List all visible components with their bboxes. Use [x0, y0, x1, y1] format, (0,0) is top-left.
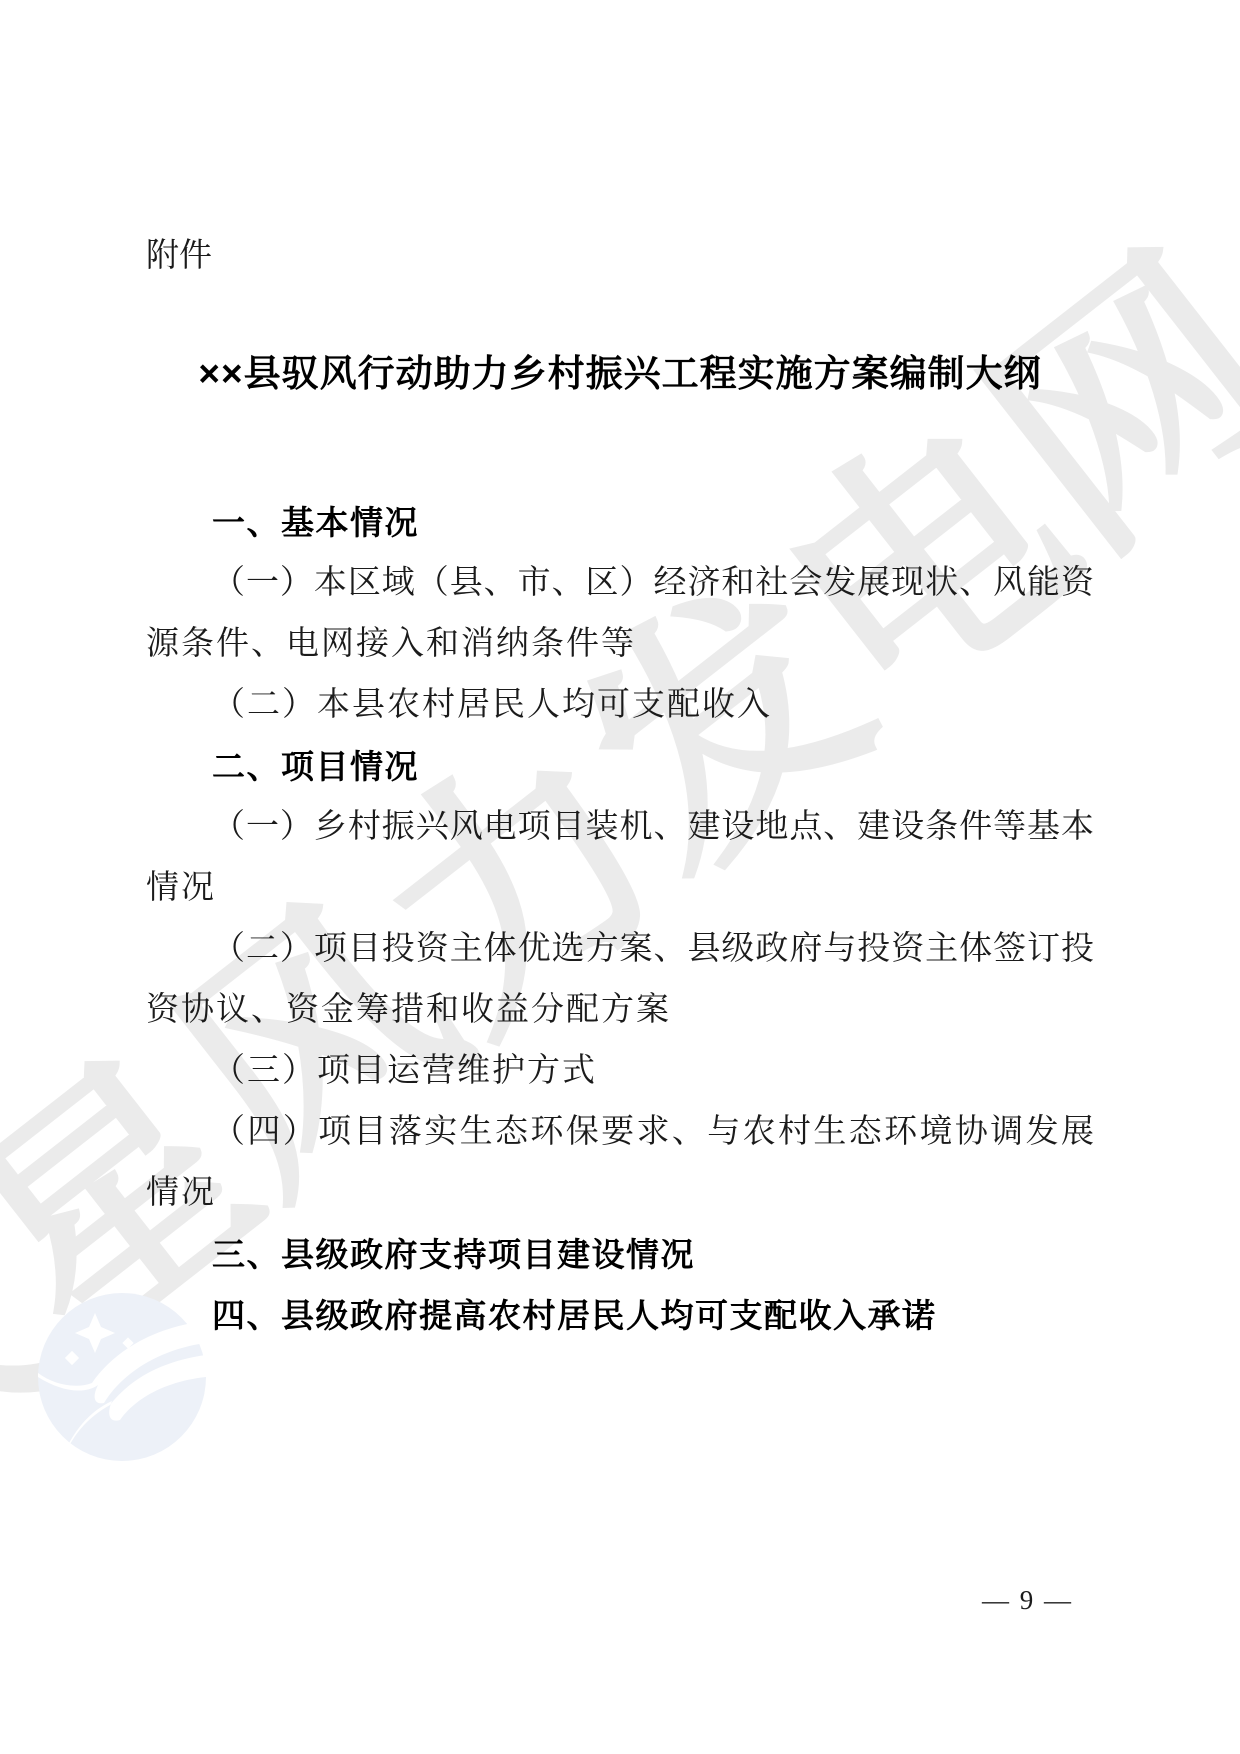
attachment-label: 附件 [146, 238, 212, 274]
outline-line: （一）乡村振兴风电项目装机、建设地点、建设条件等基本 [146, 797, 1094, 858]
outline-line: 四、县级政府提高农村居民人均可支配收入承诺 [146, 1285, 1094, 1346]
outline-line: （二）项目投资主体优选方案、县级政府与投资主体签订投 [146, 919, 1094, 980]
outline-line: 源条件、电网接入和消纳条件等 [146, 614, 1094, 675]
outline-line: （四）项目落实生态环保要求、与农村生态环境协调发展 [146, 1102, 1094, 1163]
page-title: ××县驭风行动助力乡村振兴工程实施方案编制大纲 [100, 350, 1140, 398]
outline-line: 三、县级政府支持项目建设情况 [146, 1224, 1094, 1285]
page-number: — 9 — [982, 1585, 1073, 1616]
outline-line: 一、基本情况 [146, 492, 1094, 553]
outline-line: 二、项目情况 [146, 736, 1094, 797]
outline-line: 情况 [146, 858, 1094, 919]
document-content: 附件 ××县驭风行动助力乡村振兴工程实施方案编制大纲 一、基本情况（一）本区域（… [0, 0, 1240, 1754]
outline-line: （二）本县农村居民人均可支配收入 [146, 675, 1094, 736]
outline-line: （一）本区域（县、市、区）经济和社会发展现状、风能资 [146, 553, 1094, 614]
outline-line: 资协议、资金筹措和收益分配方案 [146, 980, 1094, 1041]
outline-line: 情况 [146, 1163, 1094, 1224]
outline: 一、基本情况（一）本区域（县、市、区）经济和社会发展现状、风能资源条件、电网接入… [146, 492, 1094, 1346]
outline-line: （三）项目运营维护方式 [146, 1041, 1094, 1102]
